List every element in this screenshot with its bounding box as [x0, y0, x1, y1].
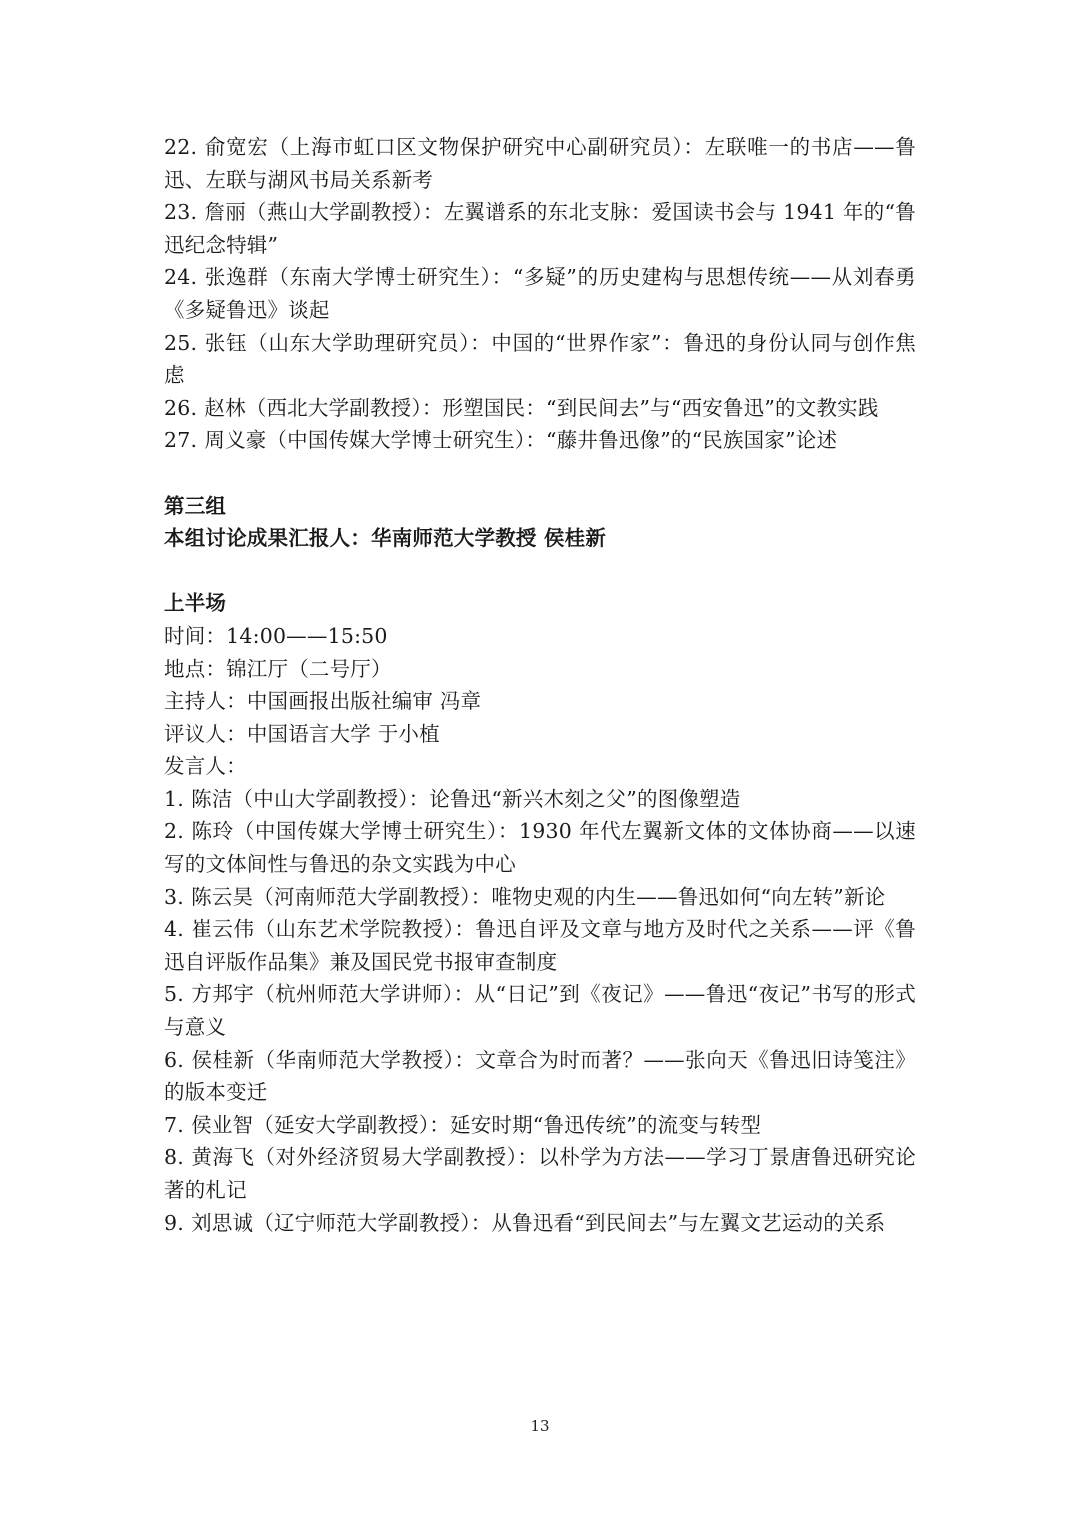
- speaker-text: 赵林（西北大学副教授）：形塑国民：“到民间去”与“西安鲁迅”的文教实践: [204, 396, 878, 420]
- speaker-number: 9.: [164, 1211, 184, 1235]
- speaker-number: 6.: [164, 1048, 184, 1072]
- reviewer-value: 中国语言大学 于小植: [247, 722, 440, 746]
- speaker-number: 23.: [164, 200, 197, 224]
- speaker-number: 26.: [164, 396, 197, 420]
- host-label: 主持人：: [164, 689, 247, 713]
- host-value: 中国画报出版社编审 冯章: [247, 689, 481, 713]
- speaker-number: 27.: [164, 428, 197, 452]
- speaker-number: 4.: [164, 917, 184, 941]
- speaker-text: 刘思诚（辽宁师范大学副教授）：从鲁迅看“到民间去”与左翼文艺运动的关系: [191, 1211, 885, 1235]
- time-value: 14:00——15:50: [226, 624, 388, 648]
- page-content: 22.俞宽宏（上海市虹口区文物保护研究中心副研究员）：左联唯一的书店——鲁迅、左…: [164, 131, 916, 1239]
- speaker-entry: 24.张逸群（东南大学博士研究生）：“多疑”的历史建构与思想传统——从刘春勇《多…: [164, 261, 916, 326]
- speaker-number: 5.: [164, 982, 184, 1006]
- group2-speaker-list: 22.俞宽宏（上海市虹口区文物保护研究中心副研究员）：左联唯一的书店——鲁迅、左…: [164, 131, 916, 457]
- speaker-entry: 7.侯业智（延安大学副教授）：延安时期“鲁迅传统”的流变与转型: [164, 1109, 916, 1142]
- speaker-number: 24.: [164, 265, 197, 289]
- session-reviewer: 评议人：中国语言大学 于小植: [164, 718, 916, 751]
- speaker-number: 1.: [164, 787, 184, 811]
- speaker-text: 方邦宇（杭州师范大学讲师）：从“日记”到《夜记》——鲁迅“夜记”书写的形式与意义: [164, 982, 916, 1039]
- time-label: 时间：: [164, 624, 226, 648]
- speaker-entry: 4.崔云伟（山东艺术学院教授）：鲁迅自评及文章与地方及时代之关系——评《鲁迅自评…: [164, 913, 916, 978]
- speaker-text: 俞宽宏（上海市虹口区文物保护研究中心副研究员）：左联唯一的书店——鲁迅、左联与湖…: [164, 135, 916, 192]
- speaker-text: 侯桂新（华南师范大学教授）：文章合为时而著？——张向天《鲁迅旧诗笺注》的版本变迁: [164, 1048, 916, 1105]
- speaker-entry: 27.周义豪（中国传媒大学博士研究生）：“藤井鲁迅像”的“民族国家”论述: [164, 424, 916, 457]
- speaker-entry: 5.方邦宇（杭州师范大学讲师）：从“日记”到《夜记》——鲁迅“夜记”书写的形式与…: [164, 978, 916, 1043]
- group-title: 第三组: [164, 490, 916, 523]
- group3-speaker-list: 1.陈洁（中山大学副教授）：论鲁迅“新兴木刻之父”的图像塑造 2.陈玲（中国传媒…: [164, 783, 916, 1239]
- document-page: 22.俞宽宏（上海市虹口区文物保护研究中心副研究员）：左联唯一的书店——鲁迅、左…: [0, 0, 1080, 1529]
- speaker-entry: 9.刘思诚（辽宁师范大学副教授）：从鲁迅看“到民间去”与左翼文艺运动的关系: [164, 1207, 916, 1240]
- location-label: 地点：: [164, 657, 226, 681]
- speaker-entry: 23.詹丽（燕山大学副教授）：左翼谱系的东北支脉：爱国读书会与 1941 年的“…: [164, 196, 916, 261]
- speaker-text: 陈洁（中山大学副教授）：论鲁迅“新兴木刻之父”的图像塑造: [191, 787, 740, 811]
- speaker-text: 张逸群（东南大学博士研究生）：“多疑”的历史建构与思想传统——从刘春勇《多疑鲁迅…: [164, 265, 916, 322]
- speaker-number: 25.: [164, 331, 197, 355]
- session-title: 上半场: [164, 587, 916, 620]
- speaker-text: 陈玲（中国传媒大学博士研究生）：1930 年代左翼新文体的文体协商——以速写的文…: [164, 819, 916, 876]
- speaker-number: 7.: [164, 1113, 184, 1137]
- speaker-text: 詹丽（燕山大学副教授）：左翼谱系的东北支脉：爱国读书会与 1941 年的“鲁迅纪…: [164, 200, 916, 257]
- speaker-number: 22.: [164, 135, 197, 159]
- speaker-text: 侯业智（延安大学副教授）：延安时期“鲁迅传统”的流变与转型: [191, 1113, 761, 1137]
- session-time: 时间：14:00——15:50: [164, 620, 916, 653]
- spacer: [164, 457, 916, 490]
- reviewer-label: 评议人：: [164, 722, 247, 746]
- speaker-text: 陈云昊（河南师范大学副教授）：唯物史观的内生——鲁迅如何“向左转”新论: [191, 885, 885, 909]
- speaker-entry: 6.侯桂新（华南师范大学教授）：文章合为时而著？——张向天《鲁迅旧诗笺注》的版本…: [164, 1044, 916, 1109]
- speaker-entry: 8.黄海飞（对外经济贸易大学副教授）：以朴学为方法——学习丁景唐鲁迅研究论著的札…: [164, 1141, 916, 1206]
- location-value: 锦江厅（二号厅）: [226, 657, 392, 681]
- speaker-entry: 2.陈玲（中国传媒大学博士研究生）：1930 年代左翼新文体的文体协商——以速写…: [164, 815, 916, 880]
- speaker-text: 黄海飞（对外经济贸易大学副教授）：以朴学为方法——学习丁景唐鲁迅研究论著的札记: [164, 1145, 916, 1202]
- speaker-number: 8.: [164, 1145, 184, 1169]
- speaker-entry: 1.陈洁（中山大学副教授）：论鲁迅“新兴木刻之父”的图像塑造: [164, 783, 916, 816]
- speaker-text: 张钰（山东大学助理研究员）：中国的“世界作家”：鲁迅的身份认同与创作焦虑: [164, 331, 916, 388]
- group-reporter: 本组讨论成果汇报人：华南师范大学教授 侯桂新: [164, 522, 916, 555]
- spacer: [164, 555, 916, 588]
- session-location: 地点：锦江厅（二号厅）: [164, 653, 916, 686]
- speaker-number: 3.: [164, 885, 184, 909]
- speaker-entry: 26.赵林（西北大学副教授）：形塑国民：“到民间去”与“西安鲁迅”的文教实践: [164, 392, 916, 425]
- speaker-text: 周义豪（中国传媒大学博士研究生）：“藤井鲁迅像”的“民族国家”论述: [204, 428, 837, 452]
- session-host: 主持人：中国画报出版社编审 冯章: [164, 685, 916, 718]
- speaker-text: 崔云伟（山东艺术学院教授）：鲁迅自评及文章与地方及时代之关系——评《鲁迅自评版作…: [164, 917, 916, 974]
- speaker-entry: 22.俞宽宏（上海市虹口区文物保护研究中心副研究员）：左联唯一的书店——鲁迅、左…: [164, 131, 916, 196]
- speaker-number: 2.: [164, 819, 184, 843]
- speaker-entry: 25.张钰（山东大学助理研究员）：中国的“世界作家”：鲁迅的身份认同与创作焦虑: [164, 327, 916, 392]
- page-number: 13: [0, 1417, 1080, 1435]
- speakers-label: 发言人：: [164, 750, 916, 783]
- speaker-entry: 3.陈云昊（河南师范大学副教授）：唯物史观的内生——鲁迅如何“向左转”新论: [164, 881, 916, 914]
